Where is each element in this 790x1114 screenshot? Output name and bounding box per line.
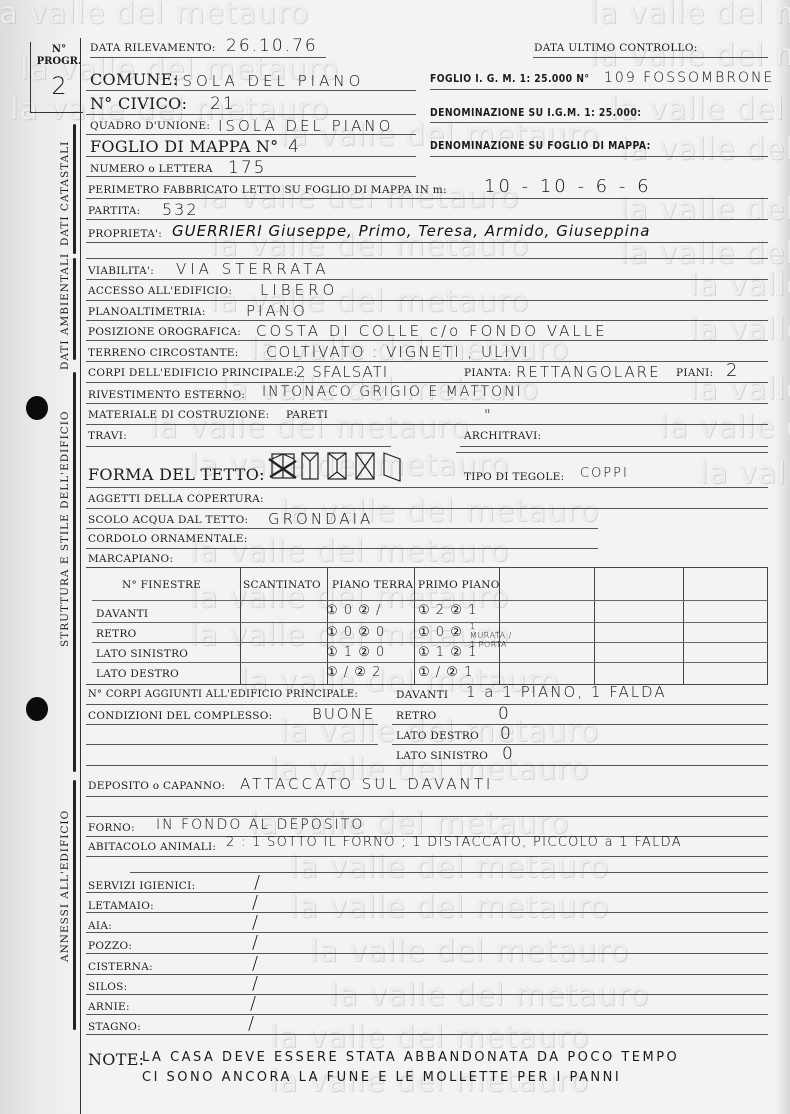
roof-shape-options[interactable]: [268, 449, 408, 483]
section-brace: [73, 780, 76, 1030]
underline: [86, 219, 768, 220]
roof-option-shed: [384, 453, 400, 481]
planoaltimetria-value[interactable]: PIANO: [246, 302, 308, 320]
roof-option-hip: [328, 453, 346, 479]
tegole-value[interactable]: COPPI: [580, 466, 629, 481]
annesso-value-pozzo[interactable]: /: [252, 932, 260, 953]
civico-value[interactable]: 21: [210, 94, 236, 114]
roof-option-pavilion: [356, 453, 374, 479]
underline: [86, 176, 416, 177]
underline: [456, 452, 768, 453]
col-header-scantinato: SCANTINATO: [243, 579, 321, 591]
annesso-label-pozzo: POZZO:: [88, 940, 132, 952]
travi-label: TRAVI:: [88, 430, 127, 442]
row-label-retro: RETRO: [96, 628, 137, 640]
foglio-mappa-value[interactable]: 4: [288, 137, 301, 157]
numero-label: NUMERO o LETTERA: [90, 163, 213, 175]
underline: [86, 796, 768, 797]
viabilita-value[interactable]: VIA STERRATA: [176, 260, 329, 278]
underline: [86, 424, 768, 425]
col-header-primo-piano: PRIMO PIANO: [418, 579, 500, 591]
cell-destro-piano-terra[interactable]: ① / ② 2: [326, 665, 381, 680]
architravi-label: ARCHITRAVI:: [464, 430, 541, 442]
corpi-davanti-value[interactable]: 1 a 1 PIANO, 1 FALDA: [466, 683, 667, 701]
marcapiano-label: MARCAPIANO:: [88, 553, 173, 565]
forma-tetto-label: FORMA DEL TETTO:: [88, 465, 265, 484]
corpi-lato-sinistro-value[interactable]: 0: [502, 744, 515, 764]
piani-value[interactable]: 2: [726, 360, 739, 381]
underline: [533, 57, 768, 58]
rivestimento-value[interactable]: INTONACO GRIGIO E MATTONI: [262, 384, 523, 400]
data-rilevamento-value[interactable]: 26.10.76: [226, 36, 318, 56]
underline: [460, 446, 768, 447]
section-brace: [73, 258, 76, 360]
progressive-number-value: 2: [36, 72, 82, 100]
underline: [86, 382, 768, 383]
posizione-label: POSIZIONE OROGRAFICA:: [88, 326, 241, 338]
section-label-struttura: STRUTTURA E STILE DELL'EDIFICIO: [59, 437, 71, 647]
underline: [86, 242, 768, 243]
quadro-value[interactable]: ISOLA DEL PIANO: [218, 117, 393, 135]
aggetti-label: AGGETTI DELLA COPERTURA:: [88, 493, 264, 505]
section-label-ambientali: DATI AMBIENTALI: [59, 250, 71, 370]
piani-label: PIANI:: [676, 367, 713, 379]
underline: [392, 744, 768, 745]
condizioni-value[interactable]: BUONE: [312, 705, 375, 723]
forno-label: FORNO:: [88, 822, 135, 834]
partita-value[interactable]: 532: [162, 200, 199, 219]
form-sheet: la valle del metauro la valle del metaur…: [0, 0, 790, 1114]
annesso-value-cisterna[interactable]: /: [252, 953, 260, 974]
watermark: la valle del metauro: [590, 0, 790, 31]
corpi-retro-value[interactable]: 0: [498, 704, 511, 724]
igm-label: FOGLIO I. G. M. 1: 25.000 N°: [430, 73, 589, 85]
underline: [86, 361, 768, 362]
pianta-label: PIANTA:: [464, 367, 512, 379]
section-brace: [73, 372, 76, 772]
corpi-label: CORPI DELL'EDIFICIO PRINCIPALE:: [88, 367, 297, 379]
corpi-davanti-label: DAVANTI: [396, 689, 448, 701]
annesso-label-letamaio: LETAMAIO:: [88, 900, 154, 912]
underline: [86, 508, 768, 509]
abitacolo-label: ABITACOLO ANIMALI:: [88, 841, 216, 853]
section-label-annessi: ANNESSI ALL'EDIFICIO: [59, 822, 71, 962]
viabilita-label: VIABILITA':: [88, 265, 154, 277]
note-line-2[interactable]: CI SONO ANCORA LA FUNE E LE MOLLETTE PER…: [142, 1070, 621, 1085]
deposito-label: DEPOSITO o CAPANNO:: [88, 780, 225, 792]
rivestimento-label: RIVESTIMENTO ESTERNO:: [88, 389, 245, 401]
cell-davanti-piano-terra[interactable]: ① 0 ② /: [326, 603, 381, 618]
row-label-lato-sinistro: LATO SINISTRO: [96, 648, 188, 660]
proprieta-value[interactable]: GUERRIERI Giuseppe, Primo, Teresa, Armid…: [172, 222, 650, 240]
accesso-label: ACCESSO ALL'EDIFICIO:: [88, 285, 232, 297]
margin-rule: [80, 38, 81, 1114]
underline: [86, 856, 768, 857]
corpi-lato-destro-label: LATO DESTRO: [396, 730, 479, 742]
cell-sinistro-primo-piano[interactable]: ① 1 ② 1: [418, 645, 477, 660]
civico-label: N° CIVICO:: [90, 94, 187, 113]
scolo-value[interactable]: GRONDAIA: [268, 510, 373, 528]
underline: [130, 872, 768, 873]
denominazione-foglio-label: DENOMINAZIONE SU FOGLIO DI MAPPA:: [430, 140, 651, 152]
cell-destro-primo-piano[interactable]: ① / ② 1: [418, 665, 473, 680]
perimetro-label: PERIMETRO FABBRICATO LETTO SU FOGLIO DI …: [88, 184, 447, 196]
row-label-davanti: DAVANTI: [96, 608, 148, 620]
annesso-value-arnie[interactable]: /: [250, 993, 258, 1014]
annesso-label-silos: SILOS:: [88, 981, 127, 993]
underline: [86, 548, 598, 549]
underline: [86, 198, 768, 199]
section-divider: [86, 258, 768, 259]
col-header-piano-terra: PIANO TERRA: [332, 579, 413, 591]
planoaltimetria-label: PLANOALTIMETRIA:: [88, 306, 206, 318]
annesso-value-letamaio[interactable]: /: [252, 892, 260, 913]
watermark: la valle del metauro: [0, 0, 309, 31]
underline: [86, 156, 416, 157]
underline: [392, 724, 768, 725]
numero-value[interactable]: 175: [228, 158, 266, 178]
row-label-lato-destro: LATO DESTRO: [96, 668, 179, 680]
accesso-value[interactable]: LIBERO: [260, 281, 338, 299]
pareti-value[interactable]: ": [484, 406, 493, 424]
underline: [86, 320, 768, 321]
comune-label: COMUNE:: [90, 70, 178, 89]
underline: [86, 765, 768, 766]
annesso-value-servizi[interactable]: /: [254, 872, 262, 893]
quadro-label: QUADRO D'UNIONE:: [90, 120, 210, 132]
annesso-label-servizi: SERVIZI IGIENICI:: [88, 880, 195, 892]
roof-option-hip-crossed: [269, 454, 296, 478]
cordolo-label: CORDOLO ORNAMENTALE:: [88, 533, 248, 545]
underline: [86, 134, 416, 135]
data-ultimo-controllo-label: DATA ULTIMO CONTROLLO:: [534, 42, 698, 54]
annesso-value-silos[interactable]: /: [252, 973, 260, 994]
col-header-finestre: N° FINESTRE: [122, 579, 201, 591]
data-rilevamento-label: DATA RILEVAMENTO:: [90, 42, 216, 54]
materiale-label: MATERIALE DI COSTRUZIONE:: [88, 409, 269, 421]
foglio-mappa-label: FOGLIO DI MAPPA N°: [90, 137, 278, 156]
condizioni-label: CONDIZIONI DEL COMPLESSO:: [88, 710, 272, 722]
cell-davanti-primo-piano[interactable]: ① 2 ② 1: [418, 603, 477, 618]
underline: [86, 300, 768, 301]
partita-label: PARTITA:: [88, 205, 141, 217]
posizione-value[interactable]: COSTA DI COLLE c/o FONDO VALLE: [256, 322, 608, 340]
underline: [430, 156, 768, 157]
watermark: la valle del metauro: [310, 934, 629, 969]
terreno-value[interactable]: COLTIVATO : VIGNETI , ULIVI: [266, 343, 529, 361]
finestre-table: N° FINESTRE SCANTINATO PIANO TERRA PRIMO…: [86, 567, 768, 685]
watermark: la valle del metauro: [690, 268, 790, 303]
punch-hole: [26, 697, 48, 721]
underline: [86, 704, 768, 705]
underline: [86, 114, 416, 115]
watermark: la valle del metauro: [700, 456, 790, 491]
watermark: la valle del metauro: [690, 312, 790, 347]
underline: [86, 724, 378, 725]
watermark: la valle del metauro: [330, 978, 649, 1013]
corpi-value[interactable]: 2 SFALSATI: [296, 363, 388, 381]
note-label: NOTE:: [88, 1050, 144, 1069]
corpi-aggiunti-label: N° CORPI AGGIUNTI ALL'EDIFICIO PRINCIPAL…: [88, 689, 358, 700]
progressive-number-label: N° PROGR.: [36, 44, 82, 68]
underline: [430, 122, 768, 123]
corpi-lato-sinistro-label: LATO SINISTRO: [396, 750, 488, 762]
annesso-label-arnie: ARNIE:: [88, 1001, 130, 1013]
abitacolo-value[interactable]: 2 : 1 SOTTO IL FORNO ; 1 DISTACCATO, PIC…: [226, 835, 682, 850]
watermark: la valle del metauro: [660, 410, 790, 445]
tegole-label: TIPO DI TEGOLE:: [464, 471, 564, 483]
underline: [90, 57, 326, 58]
underline: [86, 279, 768, 280]
corpi-retro-label: RETRO: [396, 710, 437, 722]
underline: [86, 446, 391, 447]
punch-hole: [26, 396, 48, 420]
watermark: la valle del metauro: [290, 890, 609, 925]
underline: [86, 744, 378, 745]
section-label-catastali: DATI CATASTALI: [59, 126, 71, 246]
annesso-label-aia: AIA:: [88, 920, 112, 932]
annesso-label-stagno: STAGNO:: [88, 1021, 141, 1033]
igm-value[interactable]: 109 FOSSOMBRONE: [604, 70, 774, 86]
cell-retro-piano-terra[interactable]: ① 0 ② 0: [326, 625, 385, 640]
roof-option-gable: [302, 453, 318, 479]
denominazione-igm-label: DENOMINAZIONE SU I.G.M. 1: 25.000:: [430, 107, 641, 119]
underline: [86, 403, 768, 404]
corpi-lato-destro-value[interactable]: 0: [500, 724, 513, 744]
pianta-value[interactable]: RETTANGOLARE: [516, 363, 661, 381]
pareti-label: PARETI: [286, 409, 328, 421]
forno-value[interactable]: IN FONDO AL DEPOSITO: [156, 817, 364, 833]
comune-value[interactable]: ISOLA DEL PIANO: [174, 72, 364, 90]
underline: [86, 528, 598, 529]
annesso-value-stagno[interactable]: /: [248, 1013, 256, 1034]
perimetro-value[interactable]: 10 - 10 - 6 - 6: [484, 176, 652, 197]
cell-retro-primo-piano[interactable]: ① 0 ②: [418, 625, 463, 640]
underline: [86, 340, 768, 341]
note-line-1[interactable]: LA CASA DEVE ESSERE STATA ABBANDONATA DA…: [142, 1050, 679, 1065]
section-brace: [73, 124, 76, 254]
proprieta-label: PROPRIETA':: [88, 228, 162, 240]
underline: [430, 89, 768, 90]
underline: [86, 90, 416, 91]
underline: [86, 487, 768, 488]
annesso-value-aia[interactable]: /: [252, 912, 260, 933]
annesso-label-cisterna: CISTERNA:: [88, 961, 153, 973]
terreno-label: TERRENO CIRCOSTANTE:: [88, 347, 239, 359]
cell-sinistro-piano-terra[interactable]: ① 1 ② 0: [326, 645, 385, 660]
scolo-label: SCOLO ACQUA DAL TETTO:: [88, 514, 248, 526]
deposito-value[interactable]: ATTACCATO SUL DAVANTI: [240, 775, 493, 793]
